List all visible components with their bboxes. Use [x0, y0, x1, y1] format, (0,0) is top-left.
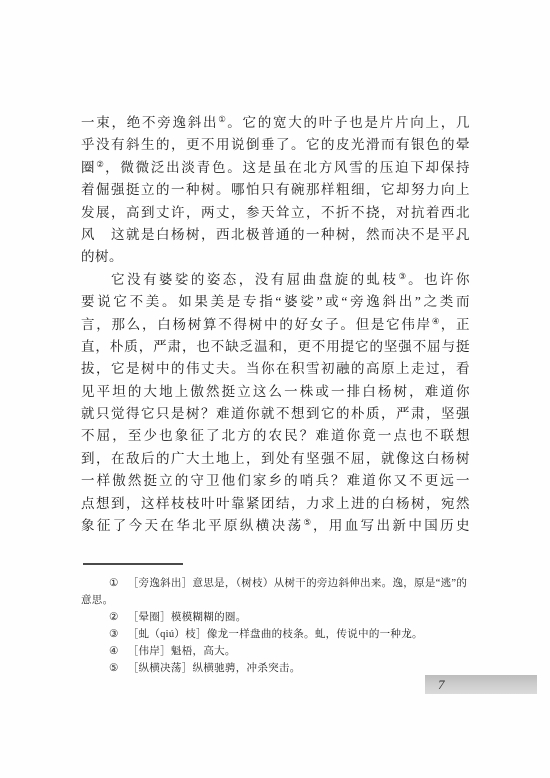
body-line: 就只觉得它只是树？难道你就不想到它的朴质，严肃，坚强 — [81, 403, 470, 425]
footnote-line: 意思。 — [81, 592, 481, 609]
page-number-bar: 7 — [425, 675, 537, 694]
footnote-line: ②［晕圈］模模糊糊的圈。 — [81, 609, 481, 626]
footnote-number: ② — [109, 612, 119, 623]
footnote-line: ③［虬（qiú）枝］像龙一样盘曲的枝条。虬，传说中的一种龙。 — [81, 626, 481, 643]
body-line: 象征了今天在华北平原纵横决荡⑤，用血写出新中国历史 — [81, 515, 470, 537]
footnote-ref: ③ — [399, 271, 409, 281]
body-line: 不屈，至少也象征了北方的农民？难道你竟一点也不联想 — [81, 425, 470, 447]
footnote-separator — [83, 563, 183, 565]
footnotes: ①［旁逸斜出］意思是，（树枝）从树干的旁边斜伸出来。逸，原是“逃”的意思。②［晕… — [81, 575, 481, 677]
footnote-line: ①［旁逸斜出］意思是，（树枝）从树干的旁边斜伸出来。逸，原是“逃”的 — [81, 575, 481, 592]
body-line: 它没有婆娑的姿态，没有屈曲盘旋的虬枝③。也许你 — [81, 269, 470, 291]
footnote-text: ［纵横决荡］纵横驰骋，冲杀突击。 — [128, 663, 301, 674]
page-number: 7 — [425, 675, 445, 694]
body-line: 圈②，微微泛出淡青色。这是虽在北方风雪的压迫下却保持 — [81, 157, 470, 179]
footnote-ref: ① — [218, 114, 227, 124]
footnote-text: ［晕圈］模模糊糊的圈。 — [128, 612, 247, 623]
body-line: 乎没有斜生的，更不用说倒垂了。它的皮光滑而有银色的晕 — [81, 134, 470, 156]
footnote-line: ④［伟岸］魁梧，高大。 — [81, 643, 481, 660]
footnote-text: ［伟岸］魁梧，高大。 — [128, 646, 236, 657]
footnote-ref: ④ — [432, 316, 441, 326]
footnote-ref: ② — [96, 159, 105, 169]
footnote-text: ［旁逸斜出］意思是，（树枝）从树干的旁边斜伸出来。逸，原是“逃”的 — [128, 578, 467, 589]
footnote-line: ⑤［纵横决荡］纵横驰骋，冲杀突击。 — [81, 660, 481, 677]
body-line: 到，在敌后的广大土地上，到处有坚强不屈，就像这白杨树 — [81, 448, 470, 470]
textbook-page: 一束，绝不旁逸斜出①。它的宽大的叶子也是片片向上，几乎没有斜生的，更不用说倒垂了… — [0, 0, 550, 778]
body-line: 直，朴质，严肃，也不缺乏温和，更不用提它的坚强不屈与挺 — [81, 336, 470, 358]
body-line: 点想到，这样枝枝叶叶靠紧团结，力求上进的白杨树，宛然 — [81, 493, 470, 515]
body-line: 拔，它是树中的伟丈夫。当你在积雪初融的高原上走过，看 — [81, 358, 470, 380]
body-line: 这就是白杨树，西北极普通的一种树，然而决不是平凡 — [81, 224, 470, 246]
body-line: 着倔强挺立的一种树。哪怕只有碗那样粗细，它却努力向上 — [81, 179, 470, 201]
body-line: 一束，绝不旁逸斜出①。它的宽大的叶子也是片片向上，几 — [81, 112, 470, 134]
body-line: 的树。 — [81, 246, 470, 268]
body-line: 一样傲然挺立的守卫他们家乡的哨兵？难道你又不更远一 — [81, 470, 470, 492]
body-line: 要说它不美。如果美是专指“婆娑”或“旁逸斜出”之类而 — [81, 291, 470, 313]
footnote-number: ④ — [109, 646, 119, 657]
body-line: 见平坦的大地上傲然挺立这么一株或一排白杨树，难道你 — [81, 381, 470, 403]
footnote-number: ⑤ — [109, 663, 119, 674]
body-text: 一束，绝不旁逸斜出①。它的宽大的叶子也是片片向上，几乎没有斜生的，更不用说倒垂了… — [81, 112, 470, 537]
footnote-number: ③ — [109, 629, 119, 640]
footnote-number: ① — [109, 578, 119, 589]
footnote-ref: ⑤ — [303, 517, 313, 527]
footnote-text: ［虬（qiú）枝］像龙一样盘曲的枝条。虬，传说中的一种龙。 — [128, 629, 423, 640]
body-line: 发展，高到丈许，两丈，参天耸立，不折不挠，对抗着西北风。 — [81, 202, 470, 224]
body-line: 言，那么，白杨树算不得树中的好女子。但是它伟岸④，正 — [81, 314, 470, 336]
